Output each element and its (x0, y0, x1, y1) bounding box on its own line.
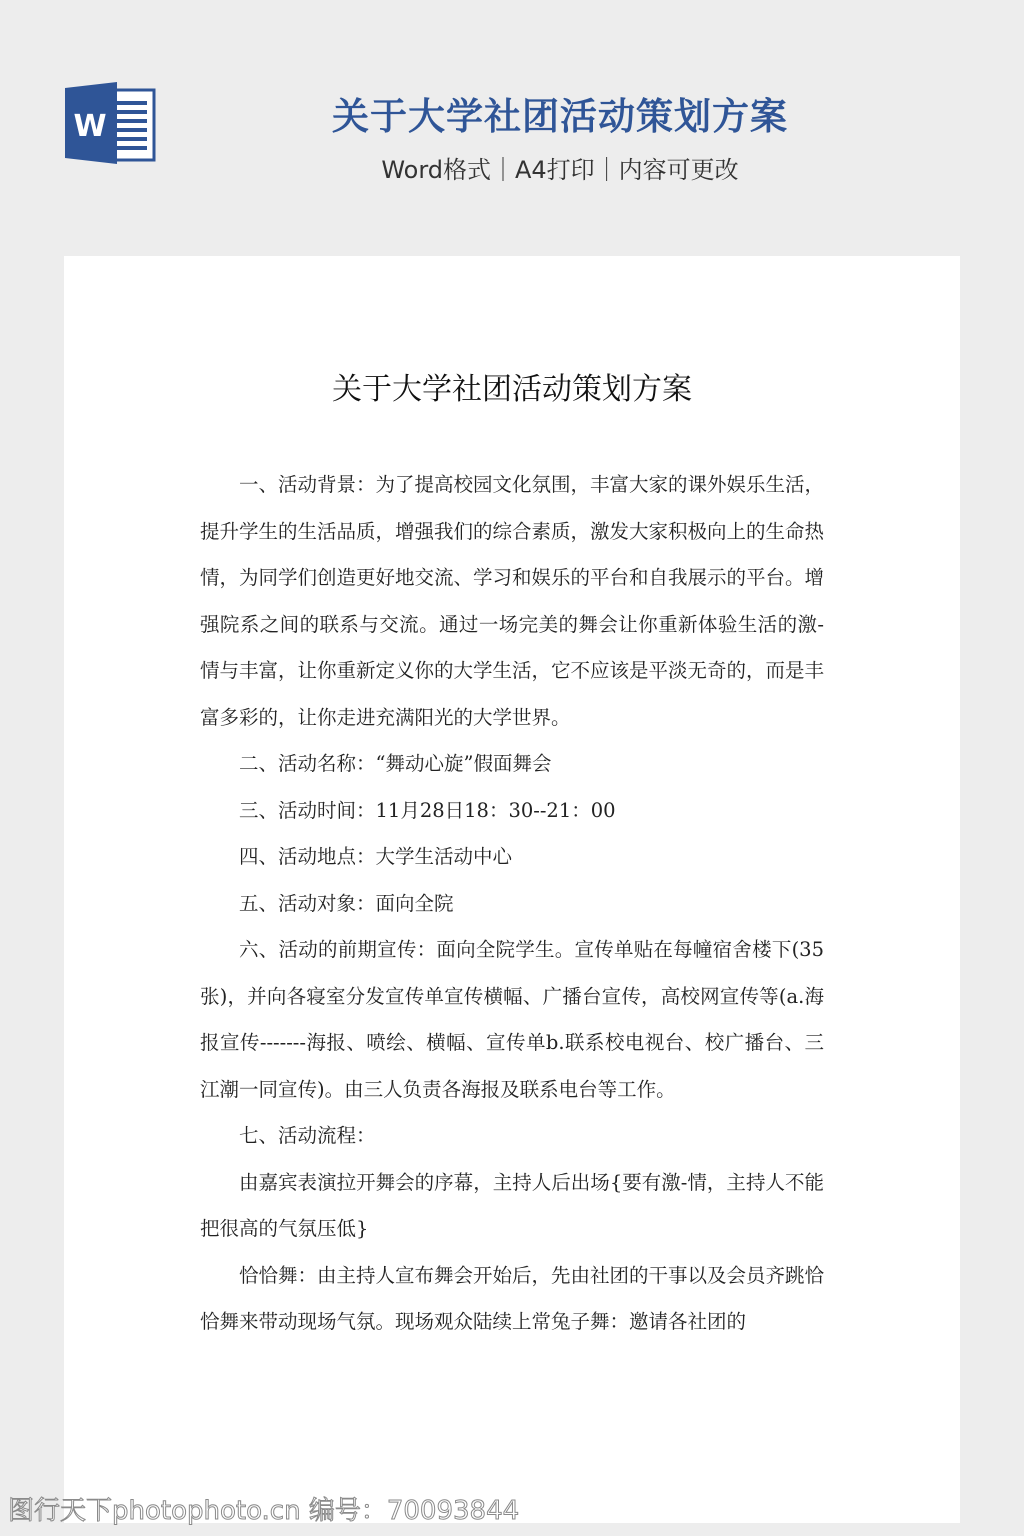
paragraph-promotion: 六、活动的前期宣传：面向全院学生。宣传单贴在每幢宿舍楼下(35张)，并向各寝室分… (200, 927, 824, 1113)
paragraph-name: 二、活动名称：“舞动心旋”假面舞会 (200, 741, 824, 788)
document-title: 关于大学社团活动策划方案 (64, 368, 960, 412)
document-body: 一、活动背景：为了提高校园文化氛围，丰富大家的课外娱乐生活，提升学生的生活品质，… (200, 462, 824, 1346)
paragraph-process-heading: 七、活动流程： (200, 1113, 824, 1160)
header-banner: W 关于大学社团活动策划方案 Word格式｜A4打印｜内容可更改 (0, 0, 1024, 256)
watermark: 图行天下photophoto.cn 编号：70093844 (8, 1490, 519, 1527)
svg-text:W: W (73, 109, 106, 144)
paragraph-location: 四、活动地点：大学生活动中心 (200, 834, 824, 881)
word-document-icon: W (65, 82, 157, 164)
document-page: 关于大学社团活动策划方案 一、活动背景：为了提高校园文化氛围，丰富大家的课外娱乐… (64, 256, 960, 1523)
paragraph-background: 一、活动背景：为了提高校园文化氛围，丰富大家的课外娱乐生活，提升学生的生活品质，… (200, 462, 824, 741)
paragraph-audience: 五、活动对象：面向全院 (200, 881, 824, 928)
paragraph-chacha: 恰恰舞：由主持人宣布舞会开始后，先由社团的干事以及会员齐跳恰恰舞来带动现场气氛。… (200, 1253, 824, 1346)
header-subtitle: Word格式｜A4打印｜内容可更改 (300, 152, 820, 188)
paragraph-opening: 由嘉宾表演拉开舞会的序幕，主持人后出场{要有激-情，主持人不能把很高的气氛压低} (200, 1160, 824, 1253)
paragraph-time: 三、活动时间：11月28日18：30--21：00 (200, 788, 824, 835)
header-title: 关于大学社团活动策划方案 (300, 92, 820, 142)
